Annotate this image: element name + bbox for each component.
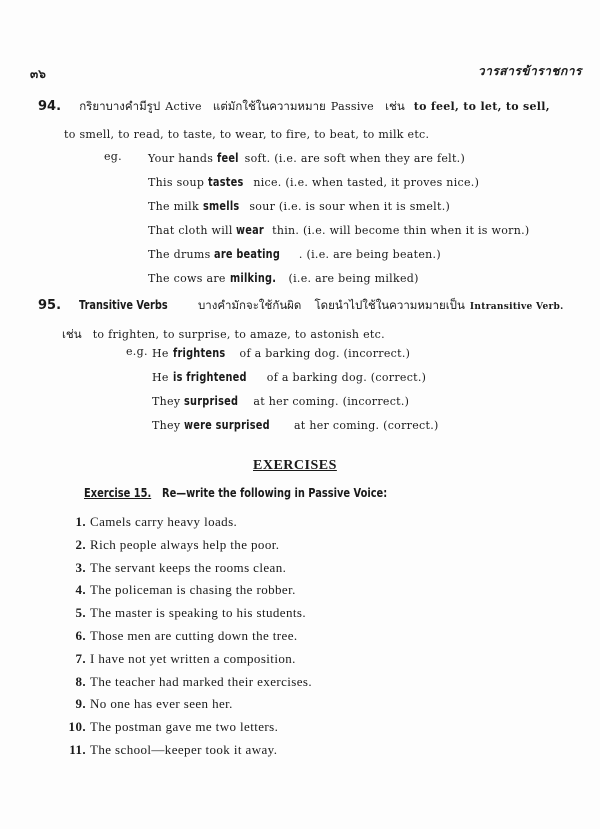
exercise-item: 2.Rich people always help the poor. bbox=[64, 537, 279, 553]
sentence-post: . (i.e. are being beaten.) bbox=[295, 248, 441, 261]
item-text: The master is speaking to his students. bbox=[90, 605, 306, 620]
running-header: วารสารข้าราชการ bbox=[478, 62, 582, 81]
section-94-intro: 94. กริยาบางคำมีรูป Active แต่มักใช้ในคว… bbox=[38, 95, 550, 116]
document-page: ๓๖ วารสารข้าราชการ 94. กริยาบางคำมีรูป A… bbox=[0, 0, 600, 829]
page-number: ๓๖ bbox=[30, 65, 46, 84]
key-verb: feel bbox=[217, 150, 239, 165]
example-sentence: The cows are milking. (i.e. are being mi… bbox=[148, 270, 419, 285]
sentence-pre: The milk bbox=[148, 200, 203, 213]
item-number: 8. bbox=[64, 674, 86, 690]
sentence-post: at her coming. (incorrect.) bbox=[250, 395, 410, 408]
exercise-item: 1.Camels carry heavy loads. bbox=[64, 514, 237, 530]
thai-text: บางคำมักจะใช้กันผิด bbox=[198, 298, 301, 312]
sentence-post: (i.e. are being milked) bbox=[285, 272, 419, 285]
exercise-instruction: Re—write the following in Passive Voice: bbox=[162, 486, 387, 500]
example-sentence: They surprised at her coming. (incorrect… bbox=[152, 393, 409, 408]
example-sentence: eg.Your hands feel soft. (i.e. are soft … bbox=[148, 150, 465, 165]
section-95-intro: 95. Transitive Verbs บางคำมักจะใช้กันผิด… bbox=[38, 294, 564, 315]
key-verb: frightens bbox=[173, 345, 225, 360]
item-number: 4. bbox=[64, 582, 86, 598]
exercise-item: 6.Those men are cutting down the tree. bbox=[64, 628, 298, 644]
exercises-title: EXERCISES bbox=[253, 458, 337, 474]
eg-label: e.g. bbox=[126, 345, 148, 358]
sentence-pre: They bbox=[152, 419, 184, 432]
item-number: 6. bbox=[64, 628, 86, 644]
verb-list: to frighten, to surprise, to amaze, to a… bbox=[93, 328, 385, 341]
exercise-item: 3.The servant keeps the rooms clean. bbox=[64, 560, 286, 576]
sentence-pre: He bbox=[152, 371, 173, 384]
example-sentence: That cloth will wear thin. (i.e. will be… bbox=[148, 222, 530, 237]
sentence-pre: Your hands bbox=[148, 152, 217, 165]
exercise-item: 4.The policeman is chasing the robber. bbox=[64, 582, 296, 598]
key-verb: wear bbox=[236, 222, 264, 237]
key-verb: tastes bbox=[208, 174, 244, 189]
item-text: Rich people always help the poor. bbox=[90, 537, 279, 552]
example-sentence: The milk smells sour (i.e. is sour when … bbox=[148, 198, 450, 213]
example-sentence: e.g.He frightens of a barking dog. (inco… bbox=[152, 345, 410, 360]
item-number: 11. bbox=[64, 742, 86, 758]
section-number: 94. bbox=[38, 99, 61, 114]
key-verb: is frightened bbox=[173, 369, 247, 384]
verb-list: to feel, to let, to sell, bbox=[414, 100, 550, 113]
exercise-item: 8.The teacher had marked their exercises… bbox=[64, 674, 312, 690]
section-number: 95. bbox=[38, 298, 61, 313]
thai-text: โดยนำไปใช้ในความหมายเป็น bbox=[314, 298, 464, 312]
sentence-pre: They bbox=[152, 395, 184, 408]
term-active: Active bbox=[165, 100, 202, 113]
key-verb: were surprised bbox=[184, 417, 270, 432]
example-sentence: The drums are beating . (i.e. are being … bbox=[148, 246, 441, 261]
item-text: I have not yet written a composition. bbox=[90, 651, 296, 666]
item-text: The policeman is chasing the robber. bbox=[90, 582, 296, 597]
example-sentence: This soup tastes nice. (i.e. when tasted… bbox=[148, 174, 479, 189]
item-text: Camels carry heavy loads. bbox=[90, 514, 237, 529]
item-number: 9. bbox=[64, 696, 86, 712]
item-number: 7. bbox=[64, 651, 86, 667]
exercise-item: 11.The school—keeper took it away. bbox=[64, 742, 277, 758]
item-text: The postman gave me two letters. bbox=[90, 719, 278, 734]
sentence-pre: This soup bbox=[148, 176, 208, 189]
exercise-heading: Exercise 15. Re—write the following in P… bbox=[84, 486, 437, 500]
term-intransitive-verb: Intransitive Verb. bbox=[470, 302, 564, 312]
section-95-verbs: เช่น to frighten, to surprise, to amaze,… bbox=[62, 323, 385, 344]
key-verb: surprised bbox=[184, 393, 238, 408]
item-text: The servant keeps the rooms clean. bbox=[90, 560, 286, 575]
sentence-post: soft. (i.e. are soft when they are felt.… bbox=[241, 152, 465, 165]
exercise-item: 9.No one has ever seen her. bbox=[64, 696, 233, 712]
sentence-pre: The drums bbox=[148, 248, 214, 261]
thai-text: กริยาบางคำมีรูป bbox=[79, 99, 160, 113]
exercise-label: Exercise 15. bbox=[84, 486, 151, 500]
item-number: 3. bbox=[64, 560, 86, 576]
sentence-pre: That cloth will bbox=[148, 224, 236, 237]
sentence-post: sour (i.e. is sour when it is smelt.) bbox=[246, 200, 451, 213]
sentence-pre: The cows are bbox=[148, 272, 230, 285]
key-verb: smells bbox=[203, 198, 239, 213]
item-text: Those men are cutting down the tree. bbox=[90, 628, 298, 643]
exercise-item: 7.I have not yet written a composition. bbox=[64, 651, 296, 667]
thai-text: เช่น bbox=[62, 327, 82, 341]
item-number: 5. bbox=[64, 605, 86, 621]
sentence-pre: He bbox=[152, 347, 173, 360]
item-text: The school—keeper took it away. bbox=[90, 742, 277, 757]
key-verb: milking. bbox=[230, 270, 276, 285]
example-sentence: He is frightened of a barking dog. (corr… bbox=[152, 369, 426, 384]
section-94-verbs: to smell, to read, to taste, to wear, to… bbox=[64, 128, 429, 141]
sentence-post: nice. (i.e. when tasted, it proves nice.… bbox=[250, 176, 480, 189]
item-number: 10. bbox=[64, 719, 86, 735]
thai-text: แต่มักใช้ในความหมาย bbox=[213, 99, 326, 113]
exercise-item: 5.The master is speaking to his students… bbox=[64, 605, 306, 621]
item-text: No one has ever seen her. bbox=[90, 696, 233, 711]
sentence-post: of a barking dog. (correct.) bbox=[263, 371, 426, 384]
eg-label: eg. bbox=[104, 150, 122, 163]
term-passive: Passive bbox=[331, 100, 374, 113]
key-verb: are beating bbox=[214, 246, 280, 261]
item-text: The teacher had marked their exercises. bbox=[90, 674, 312, 689]
item-number: 2. bbox=[64, 537, 86, 553]
term-transitive-verbs: Transitive Verbs bbox=[79, 297, 168, 312]
example-sentence: They were surprised at her coming. (corr… bbox=[152, 417, 439, 432]
sentence-post: thin. (i.e. will become thin when it is … bbox=[268, 224, 529, 237]
exercise-item: 10.The postman gave me two letters. bbox=[64, 719, 278, 735]
sentence-post: of a barking dog. (incorrect.) bbox=[236, 347, 410, 360]
item-number: 1. bbox=[64, 514, 86, 530]
sentence-post: at her coming. (correct.) bbox=[290, 419, 438, 432]
thai-text: เช่น bbox=[385, 99, 405, 113]
